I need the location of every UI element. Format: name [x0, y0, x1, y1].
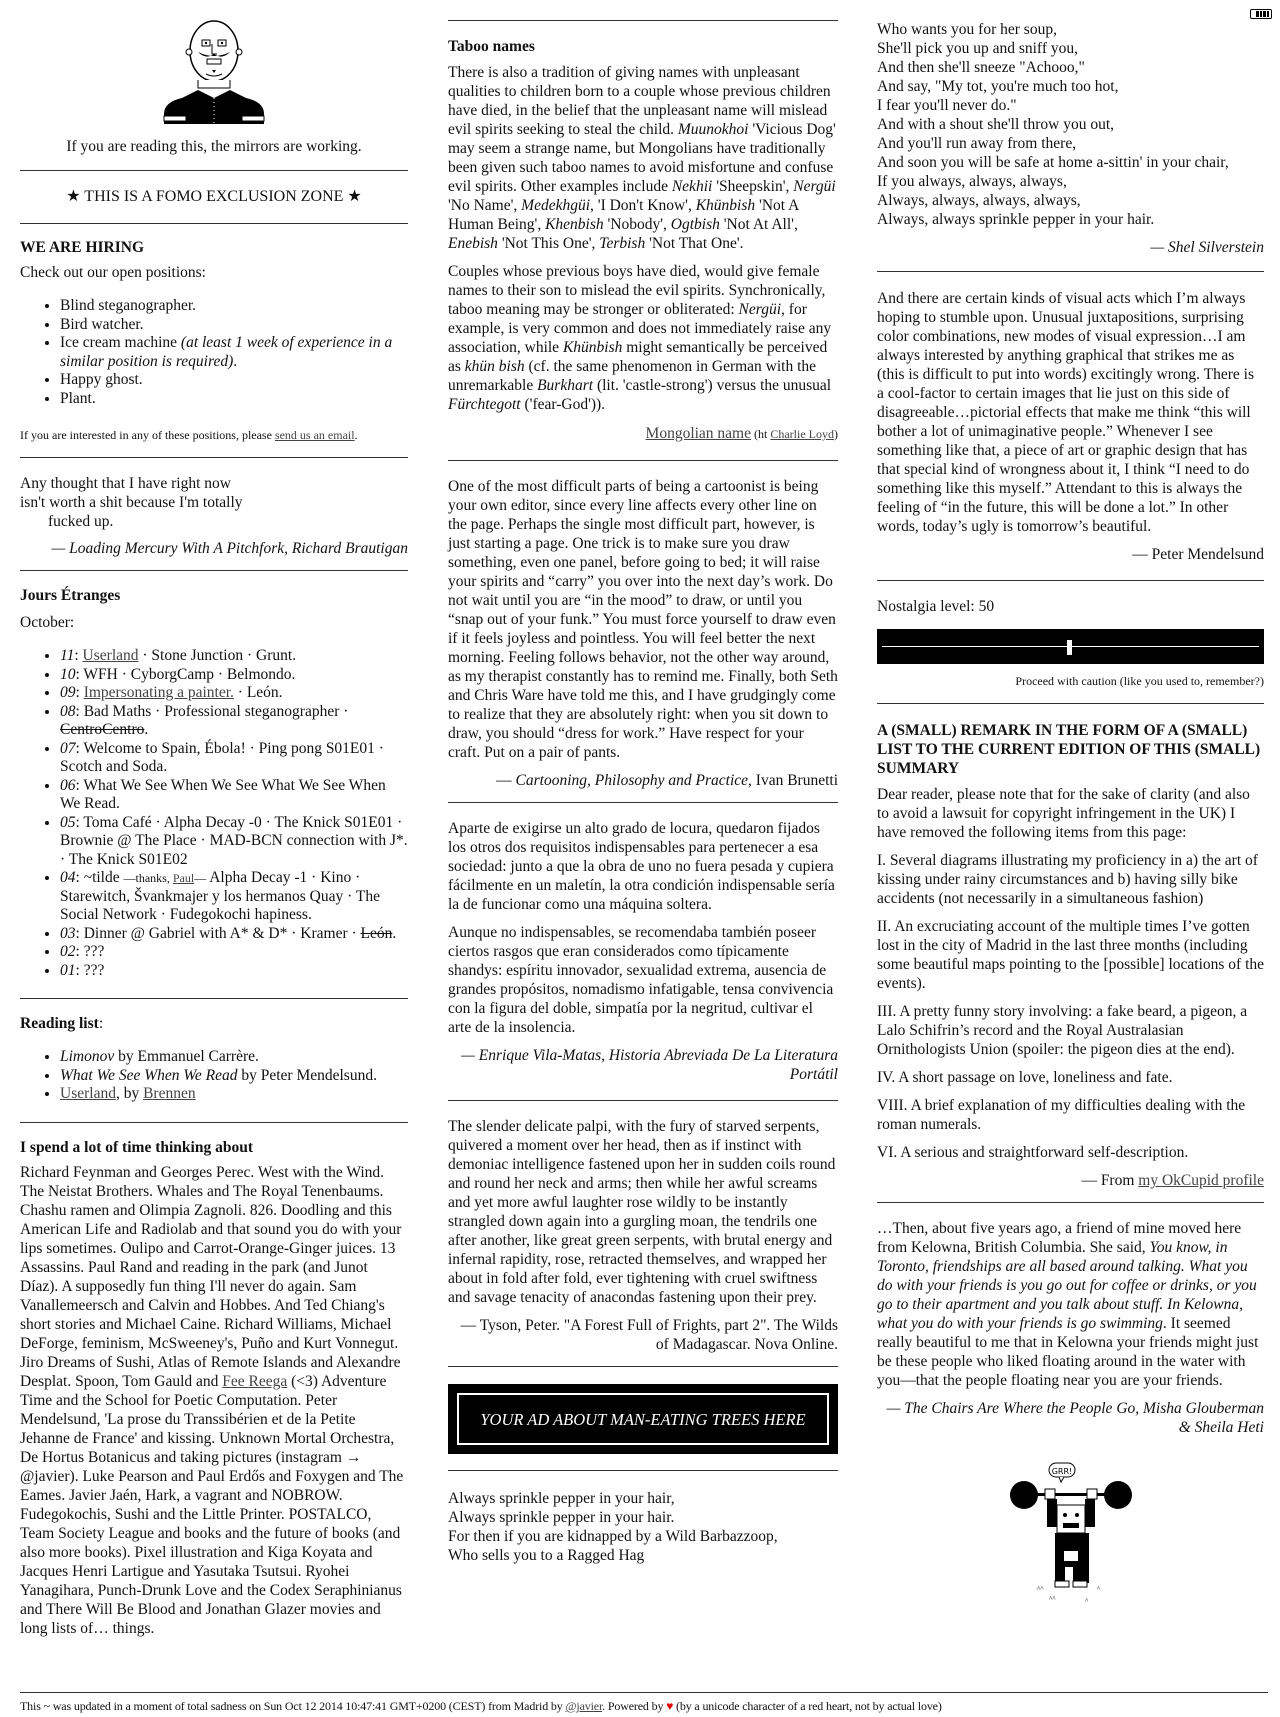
- quote-body: The slender delicate palpi, with the fur…: [448, 1117, 838, 1307]
- position-item: Happy ghost.: [60, 371, 408, 390]
- poem-line: And soon you will be safe at home a-sitt…: [877, 153, 1264, 172]
- fee-reega-link[interactable]: Fee Reega: [222, 1373, 287, 1390]
- mendelsund-quote: And there are certain kinds of visual ac…: [877, 289, 1264, 564]
- svg-text:^^: ^^: [1037, 1585, 1044, 1593]
- okcupid-link[interactable]: my OkCupid profile: [1138, 1172, 1264, 1189]
- thinking-section: I spend a lot of time thinking about Ric…: [20, 1138, 408, 1638]
- quote-attribution: — The Chairs Are Where the People Go, Mi…: [877, 1399, 1264, 1437]
- quote-attribution: — Cartooning, Philosophy and Practice, I…: [448, 771, 838, 790]
- strongman-illustration: GRR! ^^ ^ ^^ ^: [877, 1455, 1264, 1605]
- divider: [448, 802, 838, 803]
- divider: [20, 1122, 408, 1123]
- footer: This ~ was updated in a moment of total …: [20, 1692, 1268, 1716]
- brautigan-quote: Any thought that I have right now isn't …: [20, 474, 408, 558]
- poem-line: And you'll run away from there,: [877, 134, 1264, 153]
- kelowna-quote: …Then, about five years ago, a friend of…: [877, 1219, 1264, 1437]
- svg-text:^: ^: [1085, 1597, 1089, 1605]
- fomo-banner: ★ THIS IS A FOMO EXCLUSION ZONE ★: [20, 187, 408, 206]
- nostalgia-caption: Proceed with caution (like you used to, …: [877, 672, 1264, 691]
- day-entry: 06: What We See When We See What We See …: [60, 777, 408, 814]
- remark-item: III. A pretty funny story involving: a f…: [877, 1002, 1264, 1059]
- brunetti-quote: One of the most difficult parts of being…: [448, 477, 838, 790]
- hiring-intro: Check out our open positions:: [20, 263, 408, 282]
- taboo-title: Taboo names: [448, 37, 838, 56]
- poem-line: If you always, always, always,: [877, 172, 1264, 191]
- day-entry: 02: ???: [60, 943, 408, 962]
- column-left: If you are reading this, the mirrors are…: [20, 0, 408, 1638]
- reading-list: Limonov by Emmanuel Carrère. What We See…: [20, 1048, 408, 1104]
- remark-section: A (SMALL) REMARK IN THE FORM OF A (SMALL…: [877, 721, 1264, 1190]
- divider: [20, 457, 408, 458]
- charlie-loyd-link[interactable]: Charlie Loyd: [770, 427, 834, 441]
- day-link[interactable]: Impersonating a painter.: [84, 684, 234, 701]
- divider: [877, 1202, 1264, 1203]
- position-item: Plant.: [60, 390, 408, 409]
- poem-part-2: Who wants you for her soup, She'll pick …: [877, 20, 1264, 257]
- quote-line: isn't worth a shit because I'm totally: [20, 493, 408, 512]
- poem-line: She'll pick you up and sniff you,: [877, 39, 1264, 58]
- email-link[interactable]: send us an email: [275, 428, 355, 442]
- position-item: Bird watcher.: [60, 316, 408, 335]
- javier-link[interactable]: @javier: [565, 1699, 602, 1713]
- positions-list: Blind steganographer. Bird watcher. Ice …: [20, 297, 408, 408]
- remark-title: A (SMALL) REMARK IN THE FORM OF A (SMALL…: [877, 721, 1264, 778]
- day-entry: 11: Userland · Stone Junction · Grunt.: [60, 647, 408, 666]
- day-link[interactable]: Userland: [83, 647, 139, 664]
- remark-item: VI. A serious and straightforward self-d…: [877, 1143, 1264, 1162]
- bald-man-portrait-icon: [162, 18, 266, 124]
- day-entry: 08: Bad Maths · Professional steganograp…: [60, 703, 408, 740]
- thinking-body: Richard Feynman and Georges Perec. West …: [20, 1163, 408, 1638]
- ad-banner[interactable]: YOUR AD ABOUT MAN-EATING TREES HERE: [448, 1384, 838, 1454]
- remark-item: I. Several diagrams illustrating my prof…: [877, 851, 1264, 908]
- reading-item: Limonov by Emmanuel Carrère.: [60, 1048, 408, 1067]
- poem-line: I fear you'll never do.": [877, 96, 1264, 115]
- divider: [20, 170, 408, 171]
- tyson-quote: The slender delicate palpi, with the fur…: [448, 1117, 838, 1354]
- divider: [20, 998, 408, 999]
- day-entry: 10: WFH · CyborgCamp · Belmondo.: [60, 666, 408, 685]
- remark-intro: Dear reader, please note that for the sa…: [877, 785, 1264, 842]
- jours-etranges-section: Jours Étranges October: 11: Userland · S…: [20, 586, 408, 980]
- day-entry: 04: ~tilde —thanks, Paul— Alpha Decay -1…: [60, 869, 408, 925]
- taboo-names-section: Taboo names There is also a tradition of…: [448, 37, 838, 444]
- jours-month: October:: [20, 613, 408, 632]
- poem-line: Always, always sprinkle pepper in your h…: [877, 210, 1264, 229]
- divider: [877, 703, 1264, 704]
- mirror-notice: If you are reading this, the mirrors are…: [20, 137, 408, 156]
- reading-title: Reading list: [20, 1015, 99, 1032]
- svg-text:^: ^: [1097, 1585, 1101, 1593]
- userland-link[interactable]: Userland: [60, 1085, 116, 1102]
- day-link[interactable]: Paul: [173, 871, 194, 885]
- poem-attribution: — Shel Silverstein: [877, 238, 1264, 257]
- hiring-contact: If you are interested in any of these po…: [20, 426, 408, 445]
- poem-part-1: Always sprinkle pepper in your hair, Alw…: [448, 1489, 838, 1565]
- taboo-paragraph: There is also a tradition of giving name…: [448, 63, 838, 253]
- day-entry: 01: ???: [60, 962, 408, 981]
- divider: [877, 580, 1264, 581]
- quote-body: Aunque no indispensables, se recomendaba…: [448, 923, 838, 1037]
- poem-line: Who wants you for her soup,: [877, 20, 1264, 39]
- mongolian-name-link[interactable]: Mongolian name: [646, 425, 751, 442]
- quote-attribution: — Peter Mendelsund: [877, 545, 1264, 564]
- column-right: Who wants you for her soup, She'll pick …: [877, 0, 1264, 1605]
- slider-thumb[interactable]: [1067, 640, 1072, 655]
- divider: [448, 1470, 838, 1471]
- svg-text:GRR!: GRR!: [1051, 1467, 1072, 1476]
- divider: [877, 271, 1264, 272]
- remark-source: — From my OkCupid profile: [877, 1171, 1264, 1190]
- divider: [448, 1100, 838, 1101]
- quote-attribution: — Tyson, Peter. "A Forest Full of Fright…: [448, 1316, 838, 1354]
- quote-body: Aparte de exigirse un alto grado de locu…: [448, 819, 838, 914]
- divider: [448, 20, 838, 21]
- quote-line: fucked up.: [20, 512, 408, 531]
- day-entry: 03: Dinner @ Gabriel with A* & D* · Kram…: [60, 925, 408, 944]
- svg-text:^^: ^^: [1049, 1595, 1056, 1603]
- position-item: Ice cream machine (at least 1 week of ex…: [60, 334, 408, 371]
- jours-title: Jours Étranges: [20, 586, 408, 605]
- brennen-link[interactable]: Brennen: [143, 1085, 196, 1102]
- day-entry: 09: Impersonating a painter. · León.: [60, 684, 408, 703]
- quote-line: Any thought that I have right now: [20, 474, 408, 493]
- quote-body: One of the most difficult parts of being…: [448, 477, 838, 762]
- reading-item: Userland, by Brennen: [60, 1085, 408, 1104]
- divider: [20, 1692, 1268, 1693]
- remark-item: VIII. A brief explanation of my difficul…: [877, 1096, 1264, 1134]
- reading-item: What We See When We Read by Peter Mendel…: [60, 1067, 408, 1086]
- nostalgia-section: Nostalgia level: 50 Proceed with caution…: [877, 597, 1264, 691]
- remark-item: IV. A short passage on love, loneliness …: [877, 1068, 1264, 1087]
- ad-label: YOUR AD ABOUT MAN-EATING TREES HERE: [457, 1393, 829, 1445]
- quote-attribution: — Enrique Vila-Matas, Historia Abreviada…: [448, 1046, 838, 1084]
- quote-body: …Then, about five years ago, a friend of…: [877, 1219, 1264, 1390]
- poem-line: And say, "My tot, you're much too hot,: [877, 77, 1264, 96]
- taboo-source: Mongolian name (ht Charlie Loyd): [448, 424, 838, 444]
- divider: [20, 223, 408, 224]
- nostalgia-value: 50: [979, 598, 995, 615]
- position-item: Blind steganographer.: [60, 297, 408, 316]
- taboo-paragraph: Couples whose previous boys have died, w…: [448, 262, 838, 414]
- divider: [448, 460, 838, 461]
- gorilla-weightlifter-icon: GRR! ^^ ^ ^^ ^: [1001, 1455, 1141, 1605]
- days-list: 11: Userland · Stone Junction · Grunt.10…: [20, 647, 408, 980]
- vila-matas-quote: Aparte de exigirse un alto grado de locu…: [448, 819, 838, 1084]
- quote-body: And there are certain kinds of visual ac…: [877, 289, 1264, 536]
- hiring-title: WE ARE HIRING: [20, 238, 408, 257]
- avatar: [20, 0, 408, 128]
- day-entry: 05: Toma Café · Alpha Decay -0 · The Kni…: [60, 814, 408, 870]
- divider: [448, 1366, 838, 1367]
- quote-attribution: — Loading Mercury With A Pitchfork, Rich…: [20, 539, 408, 558]
- nostalgia-label: Nostalgia level: 50: [877, 597, 1264, 616]
- poem-line: Always, always, always, always,: [877, 191, 1264, 210]
- footer-text: This ~ was updated in a moment of total …: [20, 1697, 1268, 1716]
- day-entry: 07: Welcome to Spain, Ébola! · Ping pong…: [60, 740, 408, 777]
- poem-line: Always sprinkle pepper in your hair.: [448, 1508, 838, 1527]
- column-middle: Taboo names There is also a tradition of…: [448, 0, 838, 1565]
- nostalgia-slider[interactable]: [877, 629, 1264, 664]
- remark-item: II. An excruciating account of the multi…: [877, 917, 1264, 993]
- poem-line: And then she'll sneeze "Achooo,": [877, 58, 1264, 77]
- poem-line: For then if you are kidnapped by a Wild …: [448, 1527, 838, 1546]
- divider: [20, 570, 408, 571]
- poem-line: Always sprinkle pepper in your hair,: [448, 1489, 838, 1508]
- poem-line: And with a shout she'll throw you out,: [877, 115, 1264, 134]
- reading-list-section: Reading list: Limonov by Emmanuel Carrèr…: [20, 1014, 408, 1104]
- thinking-title: I spend a lot of time thinking about: [20, 1138, 408, 1157]
- poem-line: Who sells you to a Ragged Hag: [448, 1546, 838, 1565]
- hiring-section: WE ARE HIRING Check out our open positio…: [20, 238, 408, 445]
